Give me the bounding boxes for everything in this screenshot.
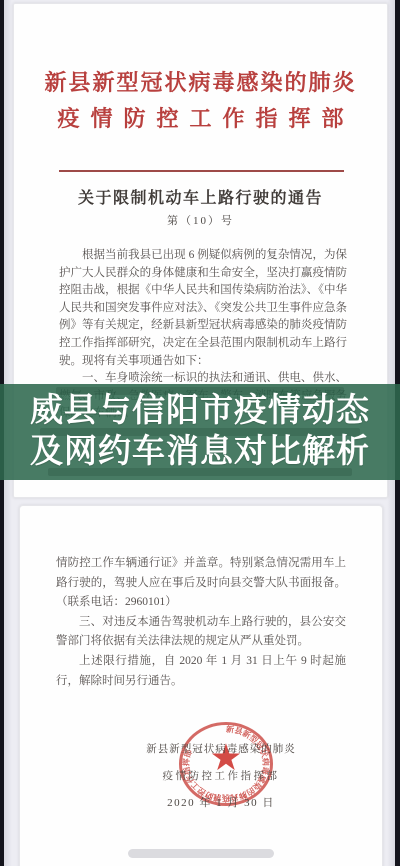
notice-page-2: 情防控工作车辆通行证》并盖章。特别紧急情况需用车上路行驶的，驾驶人应在事后及时向…	[19, 505, 383, 866]
signature-block: 新县新型冠状病毒感染的肺炎 疫情防控工作指挥部 2020 年 1 月 30 日	[40, 741, 400, 810]
headline-line1: 威县与信阳市疫情动态	[0, 389, 400, 430]
headline-text: 威县与信阳市疫情动态 及网约车消息对比解析	[0, 384, 400, 471]
paragraph: 情防控工作车辆通行证》并盖章。特别紧急情况需用车上路行驶的，驾驶人应在事后及时向…	[56, 554, 346, 613]
paragraph: 上述限行措施，自 2020 年 1 月 31 日上午 9 时起施行，解除时间另行…	[56, 652, 346, 691]
signature-agency-line2: 疫情防控工作指挥部	[40, 768, 400, 783]
paragraph: 根据当前我县已出现 6 例疑似病例的复杂情况，为保护广大人民群众的身体健康和生命…	[59, 247, 347, 370]
agency-header-line1: 新县新型冠状病毒感染的肺炎	[14, 66, 387, 97]
agency-header-line2: 疫情防控工作指挥部	[14, 102, 387, 133]
signature-agency-line1: 新县新型冠状病毒感染的肺炎	[40, 741, 400, 756]
notice-title: 关于限制机动车上路行驶的通告	[14, 185, 387, 208]
document-photo: 新县新型冠状病毒感染的肺炎 疫情防控工作指挥部 关于限制机动车上路行驶的通告 第…	[0, 0, 400, 866]
paragraph: 三、对违反本通告驾驶机动车上路行驶的，县公安交警部门将依据有关法律法规的规定从严…	[56, 613, 346, 652]
notice-number: 第（10）号	[14, 212, 387, 228]
notice-body-page2: 情防控工作车辆通行证》并盖章。特别紧急情况需用车上路行驶的，驾驶人应在事后及时向…	[56, 554, 346, 691]
headline-line2: 及网约车消息对比解析	[0, 430, 400, 471]
red-divider-line	[59, 170, 344, 172]
signature-date: 2020 年 1 月 30 日	[40, 794, 400, 810]
bottom-handle-bar	[128, 849, 274, 858]
headline-overlay-band: 威县与信阳市疫情动态 及网约车消息对比解析	[0, 384, 400, 480]
